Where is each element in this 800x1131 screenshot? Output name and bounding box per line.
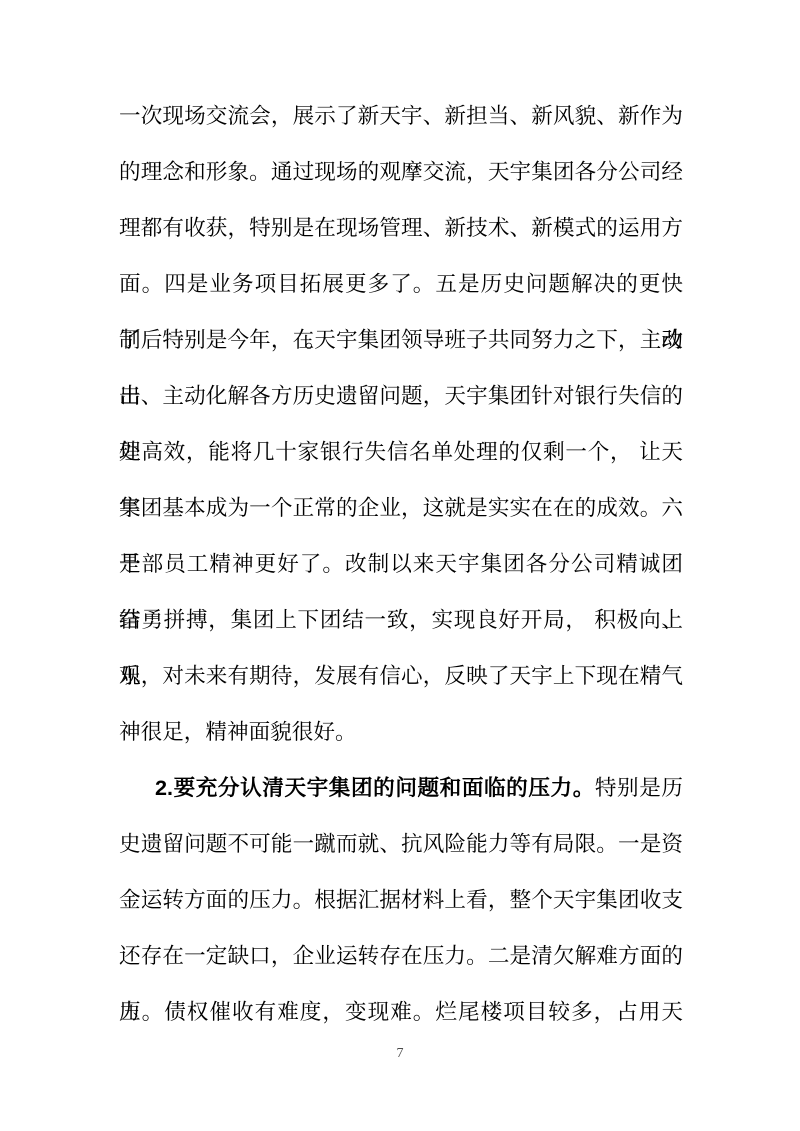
- text-line: 史遗留问题不可能一蹴而就、抗风险能力等有局限。一是资: [119, 816, 683, 872]
- page-number: 7: [0, 1044, 800, 1064]
- text-line: 理高效，能将几十家银行失信名单处理的仅剩一个， 让天宇: [119, 424, 683, 480]
- text-segment: 特别是历: [595, 775, 683, 800]
- text-body: 一次现场交流会，展示了新天宇、新担当、新风貌、新作为的理念和形象。通过现场的观摩…: [119, 88, 683, 1040]
- text-line: 神很足，精神面貌很好。: [119, 704, 683, 760]
- text-line: 2.要充分认清天宇集团的问题和面临的压力。特别是历: [119, 760, 683, 816]
- text-segment: 一次现场交流会，展示了新天宇、新担当、新风貌、新作为: [119, 103, 683, 128]
- text-segment: 金运转方面的压力。根据汇据材料上看，整个天宇集团收支: [119, 887, 683, 912]
- text-line: 金运转方面的压力。根据汇据材料上看，整个天宇集团收支: [119, 872, 683, 928]
- text-line: 的理念和形象。通过现场的观摩交流，天宇集团各分公司经: [119, 144, 683, 200]
- text-line: 击、主动化解各方历史遗留问题，天宇集团针对银行失信的处: [119, 368, 683, 424]
- text-segment: 的理念和形象。通过现场的观摩交流，天宇集团各分公司经: [119, 159, 683, 184]
- text-segment: 观，对未来有期待，发展有信心，反映了天宇上下现在精气: [119, 663, 683, 688]
- text-line: 面。四是业务项目拓展更多了。五是历史问题解决的更快了。 改: [119, 256, 683, 312]
- text-line: 观，对未来有期待，发展有信心，反映了天宇上下现在精气: [119, 648, 683, 704]
- bold-text-segment: 2.要充分认清天宇集团的问题和面临的压力。: [155, 775, 595, 800]
- text-line: 干部员工精神更好了。改制以来天宇集团各分公司精诚团结、: [119, 536, 683, 592]
- text-line: 集团基本成为一个正常的企业，这就是实实在在的成效。六是: [119, 480, 683, 536]
- text-line: 理都有收获，特别是在现场管理、新技术、新模式的运用方: [119, 200, 683, 256]
- text-segment: 史遗留问题不可能一蹴而就、抗风险能力等有局限。一是资: [119, 831, 683, 856]
- text-segment: 力。债权催收有难度，变现难。烂尾楼项目较多，占用天: [119, 999, 683, 1024]
- text-segment: 神很足，精神面貌很好。: [119, 719, 357, 744]
- text-line: 奋勇拼搏，集团上下团结一致，实现良好开局， 积极向上乐: [119, 592, 683, 648]
- text-line: 力。债权催收有难度，变现难。烂尾楼项目较多，占用天: [119, 984, 683, 1040]
- document-page: 一次现场交流会，展示了新天宇、新担当、新风貌、新作为的理念和形象。通过现场的观摩…: [0, 0, 800, 1131]
- text-line: 制后特别是今年，在天宇集团领导班子共同努力之下，主动出: [119, 312, 683, 368]
- text-line: 还存在一定缺口，企业运转存在压力。二是清欠解难方面的 压: [119, 928, 683, 984]
- text-line: 一次现场交流会，展示了新天宇、新担当、新风貌、新作为: [119, 88, 683, 144]
- text-segment: 理都有收获，特别是在现场管理、新技术、新模式的运用方: [119, 215, 683, 240]
